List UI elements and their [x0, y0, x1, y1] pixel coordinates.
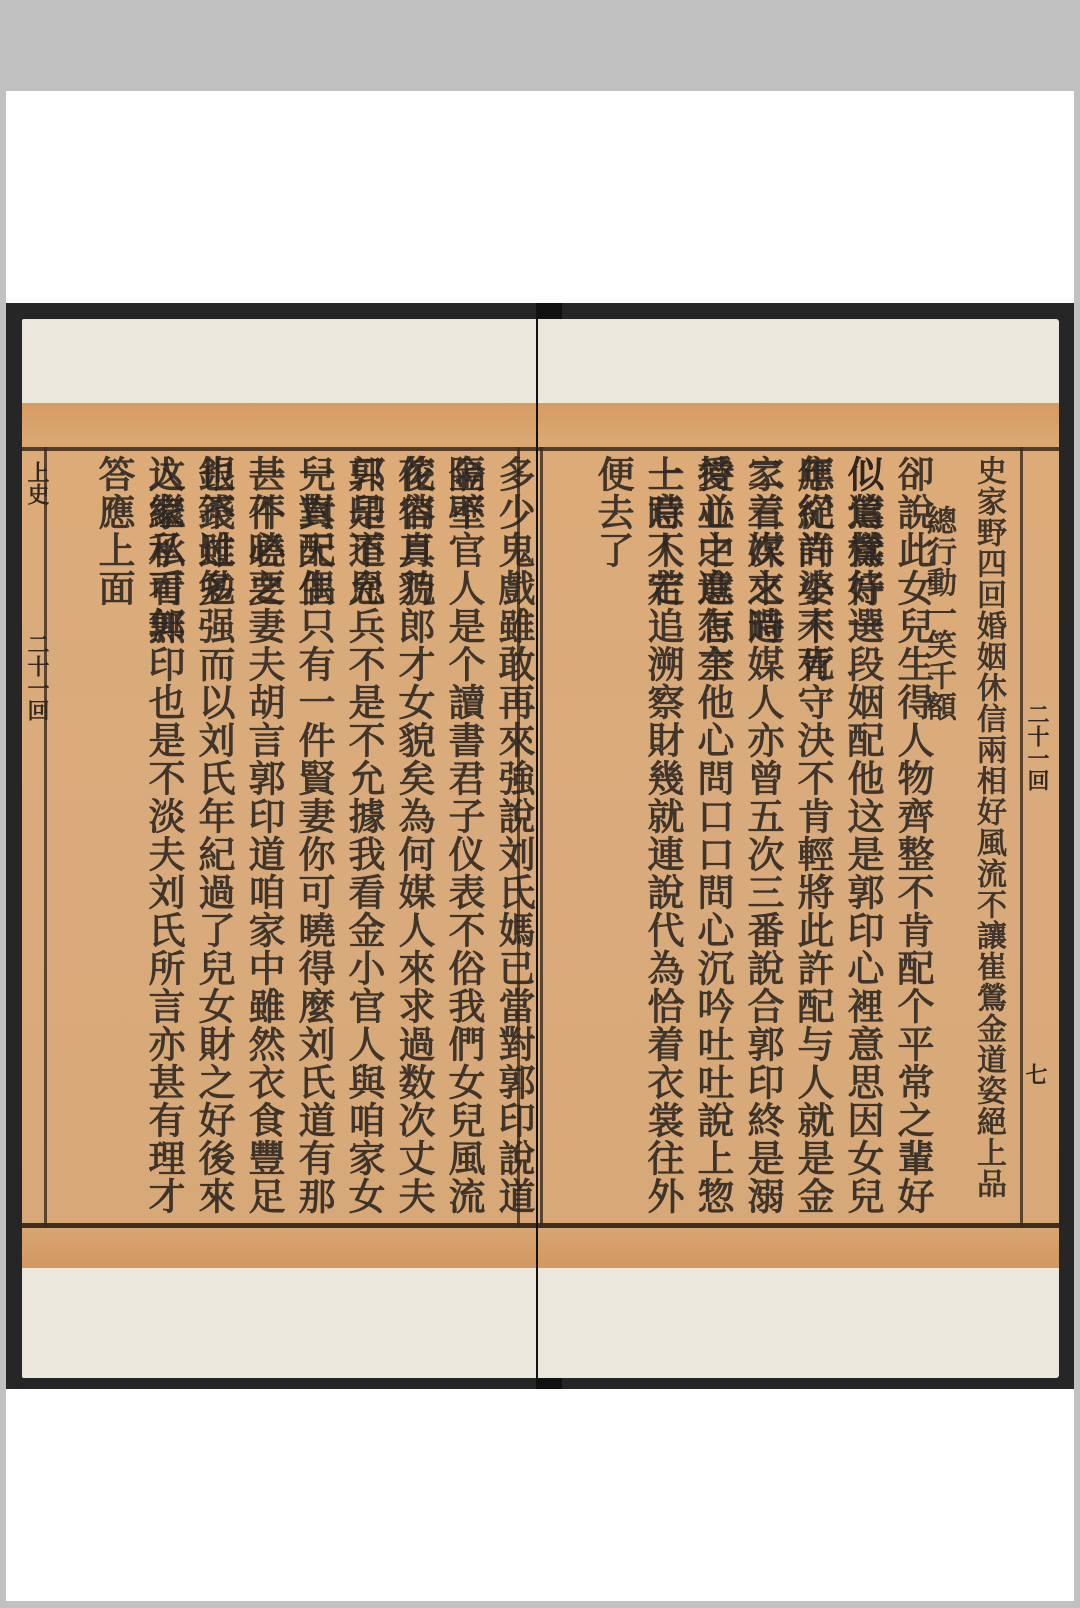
left-page-bottom-rule — [22, 1223, 536, 1228]
text-column: 人繼承看郭印也是不淡夫刘氏所言亦甚有理才答應上面 — [114, 455, 164, 1220]
text-column: 一時人若追溯察財幾就連說代為恰着衣裳往外便去了 — [613, 455, 663, 1220]
chapter-heading-column: 史家野四回婚姻休信兩相好風流不讓崔鶯金道姿絕上品 — [963, 455, 1013, 1220]
right-page-top-rule — [538, 447, 1059, 451]
left-page-text-columns: 多少鬼戲雖敢再來強說刘氏媽已當對郭印說道隔壁 金不官人是个讀書君子仪表不俗我們女… — [62, 455, 514, 1220]
book-spread: 上史 二十一回 多少鬼戲雖敢再來強說刘氏媽已當對郭印說道隔壁 金不官人是个讀書君… — [6, 303, 1074, 1389]
right-page-gutter-rule — [1020, 447, 1023, 1228]
right-page-paper: 二十一回 七 史家野四回婚姻休信兩相好風流不讓崔鶯金道姿絕上品 總行動一笑千額 … — [538, 403, 1059, 1268]
gutter-chapter-label: 二十一回 — [1022, 703, 1053, 791]
left-page-gutter-rule — [44, 447, 47, 1228]
gutter-title-label: 上史 — [22, 461, 53, 505]
gutter-page-number: 七 — [1020, 1063, 1051, 1085]
right-page-text-columns: 史家野四回婚姻休信兩相好風流不讓崔鶯金道姿絕上品 總行動一笑千額 卻說此女兒生得… — [542, 455, 1013, 1220]
left-page-paper: 上史 二十一回 多少鬼戲雖敢再來強說刘氏媽已當對郭印說道隔壁 金不官人是个讀書君… — [22, 403, 536, 1268]
gutter-chapter-label: 二十一回 — [22, 633, 53, 721]
left-page-top-rule — [22, 447, 536, 451]
left-page: 上史 二十一回 多少鬼戲雖敢再來強說刘氏媽已當對郭印說道隔壁 金不官人是个讀書君… — [22, 319, 536, 1378]
right-page-bottom-rule — [538, 1223, 1059, 1228]
right-page: 二十一回 七 史家野四回婚姻休信兩相好風流不讓崔鶯金道姿絕上品 總行動一笑千額 … — [538, 319, 1059, 1378]
